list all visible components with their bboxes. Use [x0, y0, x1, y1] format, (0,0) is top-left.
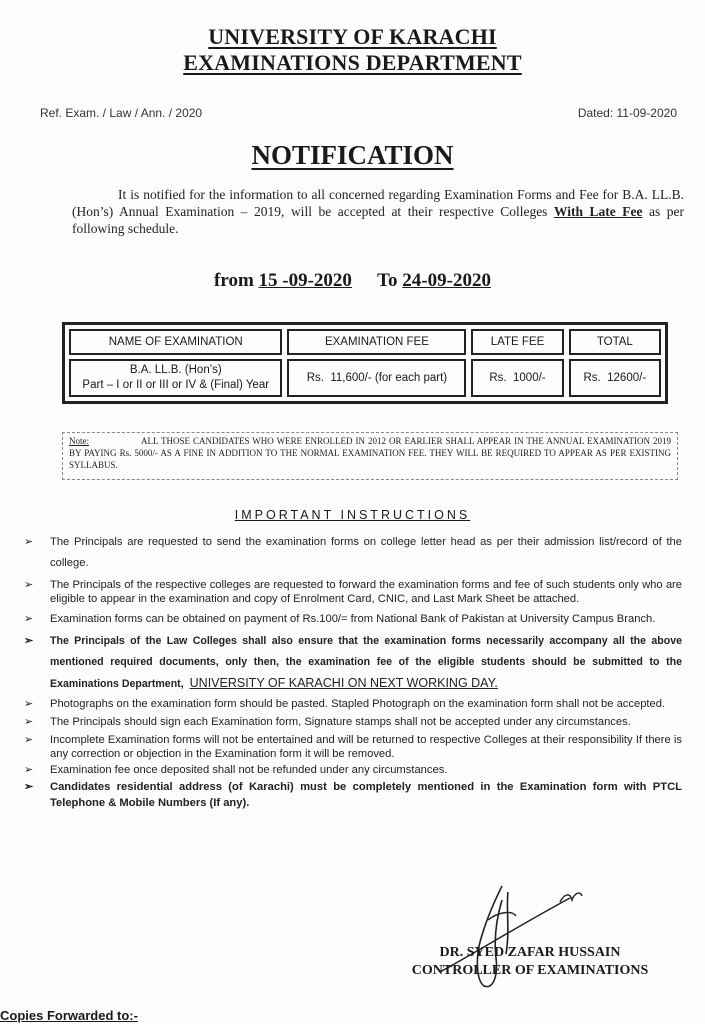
- document-title: NOTIFICATION: [0, 140, 705, 171]
- university-name: UNIVERSITY OF KARACHI: [0, 24, 705, 50]
- list-item: ➢The Principals of the respective colleg…: [22, 578, 682, 606]
- arrow-bullet-icon: ➢: [24, 763, 33, 777]
- cell-late-fee: Rs. 1000/-: [471, 359, 563, 397]
- fee-table-frame: NAME OF EXAMINATION EXAMINATION FEE LATE…: [62, 322, 668, 404]
- header-late-fee: LATE FEE: [471, 329, 563, 355]
- header-exam-name: NAME OF EXAMINATION: [69, 329, 282, 355]
- list-item: ➢Examination fee once deposited shall no…: [22, 763, 682, 777]
- list-item: ➢The Principals should sign each Examina…: [22, 715, 682, 729]
- arrow-bullet-icon: ➢: [24, 715, 33, 729]
- signatory-designation: CONTROLLER OF EXAMINATIONS: [380, 962, 680, 980]
- arrow-bullet-icon: ➢: [24, 532, 33, 553]
- from-date: 15 -09-2020: [259, 270, 352, 291]
- cell-exam-name: B.A. LL.B. (Hon’s) Part – I or II or III…: [69, 359, 282, 397]
- signatory-block: DR. SYED ZAFAR HUSSAIN CONTROLLER OF EXA…: [380, 944, 680, 980]
- arrow-bullet-icon: ➢: [24, 631, 33, 652]
- signature-icon: [440, 880, 600, 1000]
- header-total: TOTAL: [569, 329, 661, 355]
- intro-paragraph: It is notified for the information to al…: [72, 186, 684, 237]
- table-row: B.A. LL.B. (Hon’s) Part – I or II or III…: [69, 359, 661, 397]
- schedule-range: from 15 -09-2020 To 24-09-2020: [0, 270, 705, 292]
- note-box: Note:ALL THOSE CANDIDATES WHO WERE ENROL…: [62, 432, 678, 480]
- late-fee-emphasis: With Late Fee: [554, 204, 643, 219]
- list-item: ➢Photographs on the examination form sho…: [22, 697, 682, 711]
- submission-deadline: UNIVERSITY OF KARACHI ON NEXT WORKING DA…: [190, 676, 498, 690]
- copies-forwarded-heading: Copies Forwarded to:-: [0, 1008, 138, 1023]
- arrow-bullet-icon: ➢: [24, 609, 33, 629]
- fee-table: NAME OF EXAMINATION EXAMINATION FEE LATE…: [64, 325, 666, 401]
- list-item: ➢Examination forms can be obtained on pa…: [22, 609, 682, 629]
- cell-exam-fee: Rs. 11,600/- (for each part): [287, 359, 466, 397]
- arrow-bullet-icon: ➢: [24, 578, 33, 592]
- arrow-bullet-icon: ➢: [24, 733, 33, 747]
- arrow-bullet-icon: ➢: [24, 697, 33, 711]
- dated: Dated: 11-09-2020: [578, 106, 677, 120]
- instructions-title: IMPORTANT INSTRUCTIONS: [0, 508, 705, 522]
- arrow-bullet-icon: ➢: [24, 779, 33, 795]
- instructions-list: ➢The Principals are requested to send th…: [22, 532, 682, 811]
- list-item: ➢The Principals of the Law Colleges shal…: [22, 631, 682, 695]
- to-date: 24-09-2020: [402, 270, 491, 291]
- note-text: ALL THOSE CANDIDATES WHO WERE ENROLLED I…: [69, 436, 671, 470]
- list-item: ➢The Principals are requested to send th…: [22, 532, 682, 574]
- signatory-name: DR. SYED ZAFAR HUSSAIN: [380, 944, 680, 962]
- table-header-row: NAME OF EXAMINATION EXAMINATION FEE LATE…: [69, 329, 661, 355]
- header-exam-fee: EXAMINATION FEE: [287, 329, 466, 355]
- list-item: ➢Incomplete Examination forms will not b…: [22, 733, 682, 761]
- reference-number: Ref. Exam. / Law / Ann. / 2020: [40, 106, 202, 120]
- department-name: EXAMINATIONS DEPARTMENT: [0, 50, 705, 76]
- list-item: ➢Candidates residential address (of Kara…: [22, 779, 682, 811]
- note-label: Note:: [69, 435, 141, 447]
- cell-total: Rs. 12600/-: [569, 359, 661, 397]
